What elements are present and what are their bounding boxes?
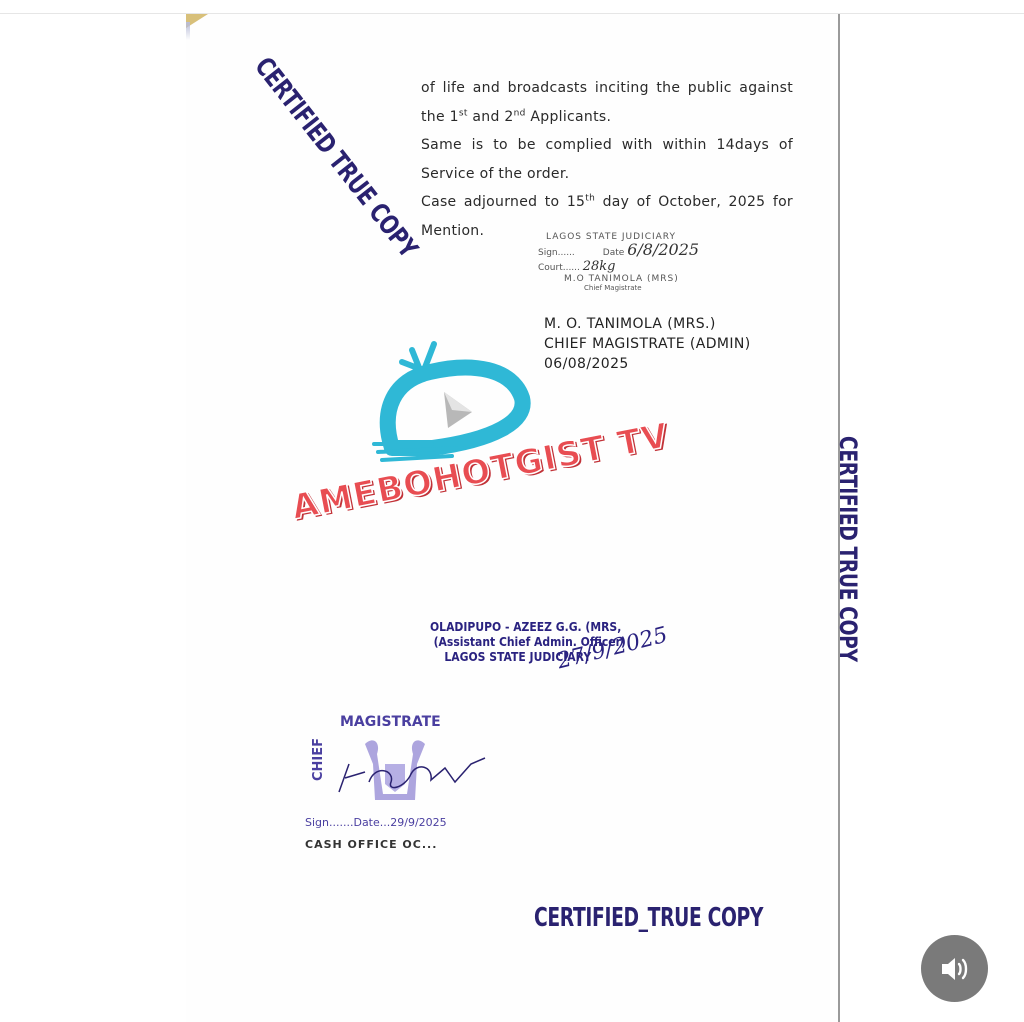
chief-magistrate-stamp: MAGISTRATE CHIEF Sign.......Date...29/9/… xyxy=(305,712,525,862)
handwritten-date: 6/8/2025 xyxy=(627,240,699,259)
signatory-name: M. O. TANIMOLA (MRS.) xyxy=(544,314,751,334)
judiciary-signature-stamp: LAGOS STATE JUDICIARY Sign......Date 6/8… xyxy=(538,232,699,292)
stamp-top-text: MAGISTRATE xyxy=(340,714,441,730)
paragraph-line: Service of the order. xyxy=(421,160,793,189)
document-body-text: of life and broadcasts inciting the publ… xyxy=(421,74,793,245)
sign-label: Sign...... xyxy=(538,248,575,258)
officer-name: OLADIPUPO - AZEEZ G.G. (MRS, xyxy=(430,620,626,635)
handwritten-court: 28kg xyxy=(583,259,616,274)
paragraph-line: the 1st and 2nd Applicants. xyxy=(421,103,793,132)
sound-toggle-button[interactable] xyxy=(921,935,988,1002)
stamp-name: M.O TANIMOLA (MRS) xyxy=(538,274,699,284)
signatory-block: M. O. TANIMOLA (MRS.) CHIEF MAGISTRATE (… xyxy=(544,314,751,374)
paragraph-line: Case adjourned to 15th day of October, 2… xyxy=(421,188,793,217)
paragraph-line: of life and broadcasts inciting the publ… xyxy=(421,74,793,103)
signatory-date: 06/08/2025 xyxy=(544,354,751,374)
stamp-side-text: CHIEF xyxy=(311,738,326,781)
paragraph-line: Same is to be complied with within 14day… xyxy=(421,131,793,160)
speaker-volume-icon xyxy=(940,956,970,982)
signature-scribble xyxy=(335,752,515,802)
office-label: CASH OFFICE OC... xyxy=(305,838,437,851)
page-corner-shadow xyxy=(186,22,190,40)
court-label: Court...... xyxy=(538,263,580,273)
date-label: Date xyxy=(603,248,625,258)
certified-true-copy-stamp-bottom: CERTIFIED_TRUE COPY xyxy=(534,903,763,933)
sign-date-line: Sign.......Date...29/9/2025 xyxy=(305,816,447,829)
stamp-title: Chief Magistrate xyxy=(538,284,699,292)
certified-true-copy-stamp-vertical: CERTIFIED TRUE COPY xyxy=(834,436,862,592)
signatory-title: CHIEF MAGISTRATE (ADMIN) xyxy=(544,334,751,354)
